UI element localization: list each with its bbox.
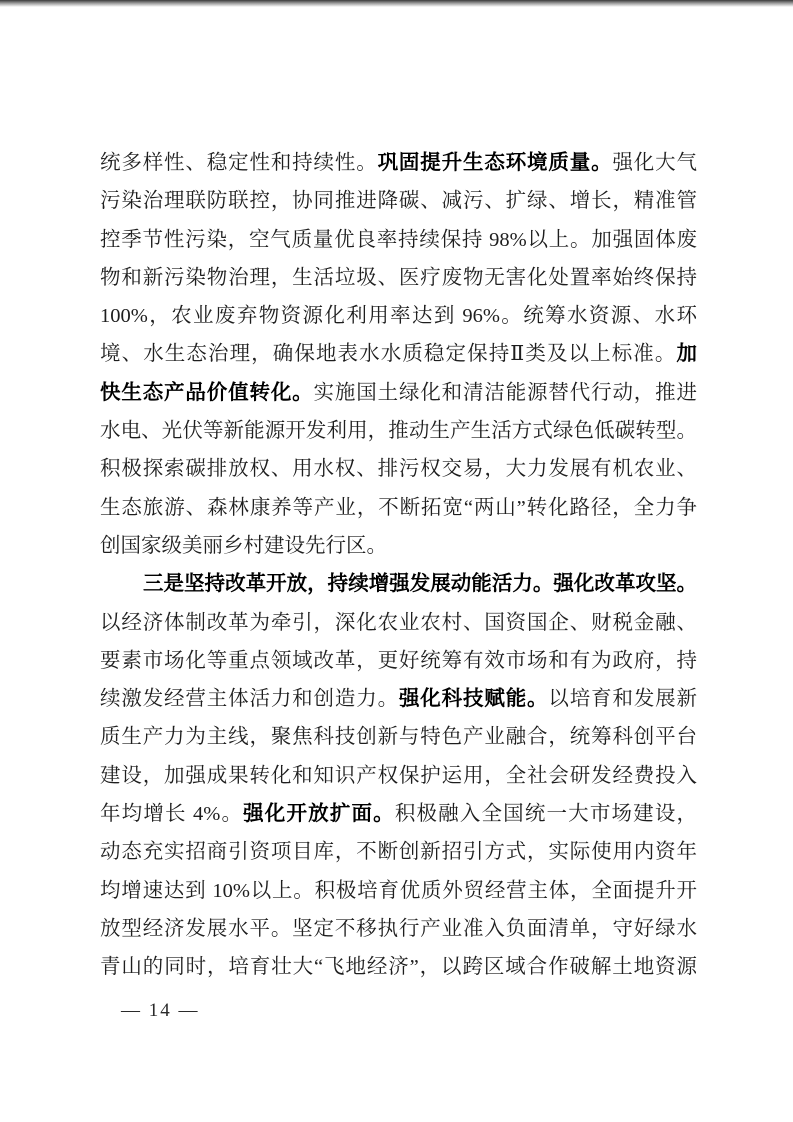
text-run: 质生产力为主线，聚焦科技创新与特色产业融合，统筹科创平台 [100, 726, 697, 748]
text-run: 水电、光伏等新能源开发利用，推动生产生活方式绿色低碳转型。 [100, 420, 697, 442]
text-run: 积极融入全国统一大市场建设， [395, 803, 697, 825]
text-line: 三是坚持改革开放，持续增强发展动能活力。强化改革攻坚。 [100, 565, 697, 603]
text-run: 放型经济发展水平。坚定不移执行产业准入负面清单，守好绿水 [100, 918, 697, 940]
text-run: 要素市场化等重点领域改革，更好统筹有效市场和有为政府，持 [100, 650, 697, 672]
text-line: 创国家级美丽乡村建设先行区。 [100, 527, 697, 565]
text-line: 水电、光伏等新能源开发利用，推动生产生活方式绿色低碳转型。 [100, 412, 697, 450]
document-body: 统多样性、稳定性和持续性。巩固提升生态环境质量。强化大气污染治理联防联控，协同推… [100, 144, 697, 987]
text-line: 积极探索碳排放权、用水权、排污权交易，大力发展有机农业、 [100, 450, 697, 488]
text-line: 续激发经营主体活力和创造力。强化科技赋能。以培育和发展新 [100, 680, 697, 718]
text-run: 续激发经营主体活力和创造力。 [100, 688, 399, 710]
document-lines: 统多样性、稳定性和持续性。巩固提升生态环境质量。强化大气污染治理联防联控，协同推… [100, 144, 697, 987]
text-run: 动态充实招商引资项目库，不断创新招引方式，实际使用内资年 [100, 841, 697, 863]
text-line: 生态旅游、森林康养等产业，不断拓宽“两山”转化路径，全力争 [100, 489, 697, 527]
text-line: 建设，加强成果转化和知识产权保护运用，全社会研发经费投入 [100, 757, 697, 795]
text-line: 统多样性、稳定性和持续性。巩固提升生态环境质量。强化大气 [100, 144, 697, 182]
text-run: 统多样性、稳定性和持续性。 [100, 152, 378, 174]
text-run: 强化大气 [612, 152, 697, 174]
text-line: 快生态产品价值转化。实施国土绿化和清洁能源替代行动，推进 [100, 374, 697, 412]
text-line: 物和新污染物治理，生活垃圾、医疗废物无害化处置率始终保持 [100, 259, 697, 297]
document-page: 统多样性、稳定性和持续性。巩固提升生态环境质量。强化大气污染治理联防联控，协同推… [0, 0, 793, 1122]
text-line: 100%，农业废弃物资源化利用率达到 96%。统筹水资源、水环 [100, 297, 697, 335]
text-line: 要素市场化等重点领域改革，更好统筹有效市场和有为政府，持 [100, 642, 697, 680]
text-run: 境、水生态治理，确保地表水水质稳定保持Ⅱ类及以上标准。 [100, 343, 677, 365]
text-run-bold: 强化开放扩面。 [243, 802, 395, 825]
text-run: 年均增长 4%。 [100, 803, 243, 825]
text-run-bold: 巩固提升生态环境质量。 [378, 151, 613, 174]
text-line: 青山的同时，培育壮大“飞地经济”，以跨区域合作破解土地资源 [100, 948, 697, 986]
text-line: 控季节性污染，空气质量优良率持续保持 98%以上。加强固体废 [100, 221, 697, 259]
text-run-bold: 强化科技赋能。 [399, 687, 548, 710]
text-line: 质生产力为主线，聚焦科技创新与特色产业融合，统筹科创平台 [100, 718, 697, 756]
text-run: 以经济体制改革为牵引，深化农业农村、国资国企、财税金融、 [100, 612, 697, 634]
text-run: 以培育和发展新 [548, 688, 697, 710]
text-run: 污染治理联防联控，协同推进降碳、减污、扩绿、增长，精准管 [100, 190, 697, 212]
text-run: 均增速达到 10%以上。积极培育优质外贸经营主体，全面提升开 [100, 880, 697, 902]
text-run-bold: 加 [677, 342, 698, 365]
text-run: 控季节性污染，空气质量优良率持续保持 98%以上。加强固体废 [100, 229, 697, 251]
text-run: 生态旅游、森林康养等产业，不断拓宽“两山”转化路径，全力争 [100, 497, 697, 519]
text-line: 境、水生态治理，确保地表水水质稳定保持Ⅱ类及以上标准。加 [100, 335, 697, 373]
text-line: 年均增长 4%。强化开放扩面。积极融入全国统一大市场建设， [100, 795, 697, 833]
text-run: 实施国土绿化和清洁能源替代行动，推进 [314, 382, 697, 404]
text-run: 青山的同时，培育壮大“飞地经济”，以跨区域合作破解土地资源 [100, 956, 697, 978]
text-run-bold: 三是坚持改革开放，持续增强发展动能活力。强化改革攻坚。 [143, 572, 697, 595]
text-run: 积极探索碳排放权、用水权、排污权交易，大力发展有机农业、 [100, 458, 697, 480]
text-run: 100%，农业废弃物资源化利用率达到 96%。统筹水资源、水环 [100, 305, 697, 327]
scan-artifact-top-edge [0, 0, 793, 7]
text-line: 均增速达到 10%以上。积极培育优质外贸经营主体，全面提升开 [100, 872, 697, 910]
text-run: 建设，加强成果转化和知识产权保护运用，全社会研发经费投入 [100, 765, 697, 787]
text-line: 污染治理联防联控，协同推进降碳、减污、扩绿、增长，精准管 [100, 182, 697, 220]
text-line: 动态充实招商引资项目库，不断创新招引方式，实际使用内资年 [100, 833, 697, 871]
text-line: 放型经济发展水平。坚定不移执行产业准入负面清单，守好绿水 [100, 910, 697, 948]
text-run: 创国家级美丽乡村建设先行区。 [100, 535, 387, 557]
text-line: 以经济体制改革为牵引，深化农业农村、国资国企、财税金融、 [100, 604, 697, 642]
page-number: — 14 — [121, 998, 200, 1024]
text-run-bold: 快生态产品价值转化。 [100, 381, 314, 404]
text-run: 物和新污染物治理，生活垃圾、医疗废物无害化处置率始终保持 [100, 267, 697, 289]
